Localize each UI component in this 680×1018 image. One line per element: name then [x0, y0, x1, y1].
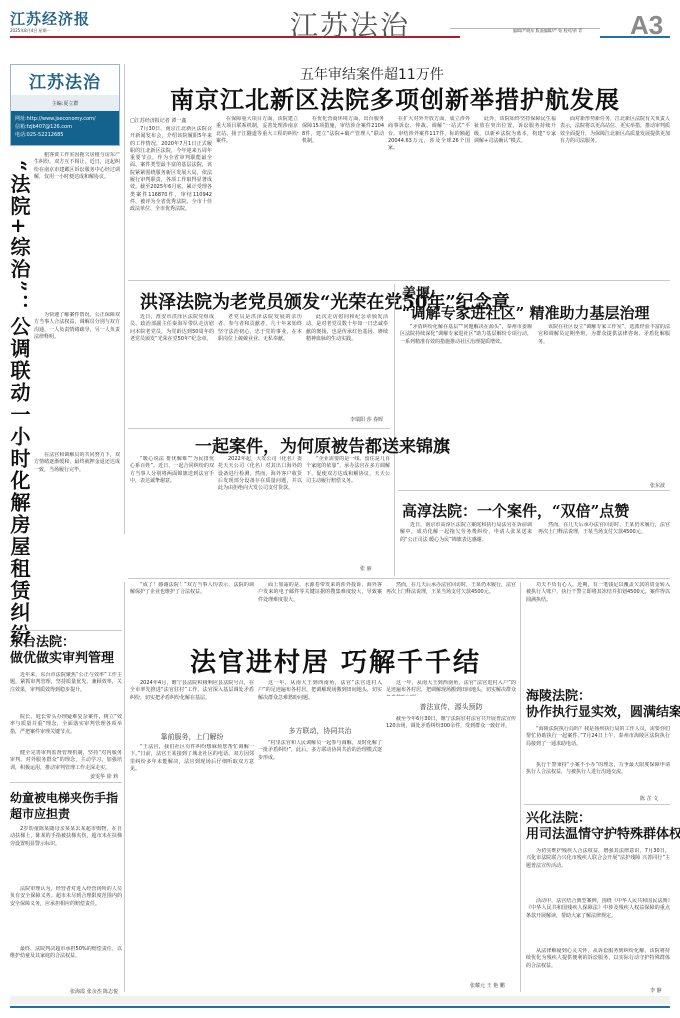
xinghua-paragraph: 活动中，法官结合典型案例，围绕《中华人民共和国民法典》《中华人民共和国残疾人保障… [526, 898, 670, 948]
dongtai-headline-2: 做优做实审判管理 [10, 652, 114, 667]
column-divider [124, 64, 125, 534]
village-section-head: 多方联动，协同共治 [258, 726, 382, 736]
column-brand: 江苏法治 [11, 65, 119, 95]
jiangyan-signoff: 张东波 [650, 482, 665, 489]
village-paragraph: 面上加霜的是，水源卷带发来的涉外投诉，海外客户发来的电子邮件等关键证据的搜集难度… [258, 582, 382, 638]
lead-paragraph: 此外，该院始终坚持保障民生福祉放在突出位置。诉讼服务持续升级，以新乡法院为蓝本，… [474, 116, 556, 276]
jinjiang-headline: 一起案件，为何原被告都送来锦旗 [195, 432, 450, 457]
hongze-paragraph: 老党员是洪泽法院发展的亲历者、参与者和贡献者，几十年来始终坚守法治初心，忠于党的… [218, 314, 302, 414]
elevator-paragraph: 2岁幼童陈某随母亲某某去某超市购物，在自动扶梯上，陈某的手指被扶梯夹伤，超市未在… [10, 826, 122, 886]
village-paragraph: 截至今年6月30日，睢宁法院驻村法官共开展普法宣传120余场，调处矛盾纠纷300… [386, 716, 516, 980]
chief-editor: 主编:夏立群 [11, 95, 119, 111]
xinghua-paragraph: 为切实维护残疾人合法权益，增强其法律意识，7月30日，兴化市法院联合兴化市残疾人… [526, 848, 670, 898]
village-paragraph: 这一年，从南大王到西南角，法官“法官进村入户”的足迹遍布各村居，把调解现场搬到田… [258, 680, 382, 720]
village-headline: 法官进村居 巧解千千结 [190, 642, 481, 679]
jinjiang-signoff: 张 丽 [360, 565, 372, 572]
column-divider [124, 582, 125, 992]
hailing-headline-1: 海陵法院： [526, 690, 591, 705]
editor-credits: 编辑/严晓东 版面编辑/严 姑 校对/余 青 [513, 28, 582, 34]
dongtai-signoff: 姜雯华 徐 莉 [90, 773, 118, 780]
elevator-paragraph: 法院审理认为，经营者对进入经营场所的人员负有安全保障义务。超市未尽到合理限度范围… [10, 886, 122, 946]
village-paragraph: “王法官，我们社区有件纠纷想麻烦您帮忙调解一下。”日前，法官王某接到了城北社区的… [130, 744, 254, 994]
village-section-head: 普法宣传，源头预防 [386, 702, 516, 712]
gaochun-continued: 功夫不负有心人，近期，有一笔钱足以覆盖欠款的资金转入被执行人账户，执行干警立即将… [526, 582, 670, 682]
hongze-paragraph: 此次走访慰问和纪念章颁发活动，是对老党员数十年如一日忠诚奉献的褒扬，也是传承红色… [306, 314, 388, 414]
issue-date: 2025年8月4日 星期一 [10, 28, 51, 34]
hailing-headline-2: 协作执行显实效，圆满结案护权益 [526, 706, 680, 721]
dongtai-paragraph: 健全完善审判监督管理机制，坚持“对内服务审判、对外服务群众”的理念，主动学习、加… [10, 750, 122, 772]
section-divider [128, 280, 670, 281]
lead-paragraph: 在扩大对外开放方面，成立涉外商事诉讼、仲裁、调解“一站式”平台，审结涉外案件11… [388, 116, 470, 276]
village-paragraph: “成了！感谢法院！”双方当事人均表示，法院的调解保护了企业也维护了合法权益。 [130, 582, 254, 638]
lead-paragraph: 7月30日，南京江北新区法院召开新闻发布会，介绍该院履职5年来的工作情况。202… [130, 126, 212, 276]
footer-band [10, 996, 670, 1004]
xinghua-headline-2: 用司法温情守护特殊群体权益 [526, 828, 680, 843]
dongtai-paragraph: 近年来，东台市法院聚焦“公正与效率”工作主题，紧抓审判管理，坚持质量优先、兼顾效… [10, 672, 122, 714]
lead-headline: 南京江北新区法院多项创新举措护航发展 [170, 80, 620, 115]
dongtai-headline-1: 东台法院： [10, 636, 75, 651]
hailing-paragraph: 执行干警秉持“小案不小办”的理念，力争最大限度保障申请执行人合法权益，与被执行人… [526, 762, 670, 792]
village-signoff: 张耀元 王 艳 鹏 [470, 982, 505, 989]
hailing-paragraph: “海陵法院执行局吗？我是扬州执行局的工作人员，需要你们帮忙协助执行一起案件。”7… [526, 726, 670, 762]
contact-info: 网址:http://www.jseconomy.com/ 信箱:fzjb407@… [11, 111, 119, 145]
section-divider [128, 578, 670, 579]
masthead: 江苏经济报 2025年8月4日 星期一 江苏法治 编辑/严晓东 版面编辑/严 姑… [0, 0, 680, 46]
elevator-headline-1: 幼童被电梯夹伤手指 [10, 792, 118, 806]
vertical-paragraph: 在法官和调解员的共同努力下，双方情绪逐渐缓和，最终就押金退还达成一致，当场履行完… [34, 452, 120, 562]
vertical-paragraph: 租客贾工作室因拖欠房租与房东产生纠纷，双方互不相让。近日，这起纠纷在南京市建邺区… [34, 152, 120, 312]
column-divider [394, 284, 395, 576]
section-divider [128, 428, 390, 429]
section-divider [10, 630, 122, 631]
jiangyan-paragraph: 该院在社区设立“调解专家工作室”，选派经验丰富的法官和调解员定期坐班，为群众提供… [538, 324, 670, 444]
gaochun-headline: 高淳法院：一个案件，“双倍”点赞 [402, 500, 629, 521]
xinghua-paragraph: 从法律解疑到心灵关怀，从诉讼服务到纠纷化解，该院将持续优化为残疾人提供便利的诉讼… [526, 948, 670, 986]
village-paragraph: 2024年4月，睢宁县法院积极响应县法院号召，在全市率先推进“法官驻村”工作，法… [130, 680, 254, 728]
hongze-signoff: 李瑞阳 莎 春晖 [350, 416, 383, 423]
section-divider [398, 490, 670, 491]
section-title: 江苏法治 [290, 4, 410, 44]
village-paragraph: “村里法官和人民调解员一起参与调解，及时化解了一批矛盾纠纷”，此后，多方联动协同… [258, 740, 382, 994]
vertical-headline: “法院+综治”：公调联动一小时化解房屋租赁纠纷 [8, 160, 30, 646]
section-divider [10, 782, 122, 783]
column-info-box: 江苏法治 主编:夏立群 网址:http://www.jseconomy.com/… [10, 64, 120, 146]
village-section-head: 靠前服务，上门解纷 [130, 732, 254, 742]
lead-paragraph: 面对新形势新任务，江北新区法院有关负责人表示，法院将以更高站位、更实举措，推动审… [560, 116, 670, 276]
gaochun-paragraph: 近日，南京市高淳区法院立案庭和执行局法官在诉前调解中，成功化解一起拖欠劳务费纠纷… [400, 522, 532, 574]
lead-paragraph: 在优化营商环境方面，出台服务保障15项措施，审结涉企案件21048件，建立“法院… [302, 116, 384, 276]
hailing-signoff: 陈 芷 文 [640, 795, 658, 802]
jiangyan-kicker: 姜堰： [402, 286, 444, 302]
jiangyan-headline: “调解专家进社区” 精准助力基层治理 [402, 302, 649, 323]
gaochun-paragraph: 然而，在几天后承办法官回访时，王某仍未履行，法官再次上门释法说理，王某当场支付欠… [538, 522, 670, 574]
xinghua-headline-1: 兴化法院： [526, 812, 591, 827]
elevator-paragraph: 最终，法院判决超市承担50%的赔偿责任，以维护幼童及其家庭的合法权益。 [10, 946, 122, 986]
jiangyan-paragraph: “矛盾纠纷化解在基层”“问题解决在源头”，泰州市姜堰区法院持续深化“调解专家进社… [400, 324, 532, 444]
column-divider [520, 582, 521, 992]
village-paragraph: 然而，在几天后承办法官回访时，王某仍未履行，法官再次上门释法说理，王某当场支付欠… [386, 582, 516, 638]
website-link[interactable]: 网址:http://www.jseconomy.com/ [15, 115, 115, 123]
jinjiang-paragraph: “企业需要的是一线、留住是几百个家庭的依靠”，承办法官在多方调解下，促使双方达成… [306, 456, 390, 566]
lead-paragraph: 在保障重大项目方面，该院建立重大项目联系机制，妥善处理涉南京北站、扬子江隧道等重… [216, 116, 298, 276]
jinjiang-paragraph: 2022年起，大发公司（化名）委托天天公司（化名）对其出口海外的设备进行检测。然… [218, 456, 302, 566]
phone-number: 电话:025-52212685 [15, 131, 115, 139]
paper-name: 江苏经济报 [10, 8, 90, 29]
xinghua-signoff: 李 静 [650, 987, 662, 994]
section-divider [524, 804, 670, 805]
jinjiang-paragraph: “暖心说法 排忧解难”“为民排忧 心系百姓”。近日，一起合同纠纷的双方当事人分别… [130, 456, 214, 566]
lead-byline: □江苏经济报记者 谭一鑫 [130, 117, 186, 124]
vertical-paragraph: 为快速了解案件情况，公正保障双方当事人合法权益，调解员分别与双方沟通，一人负责情… [34, 312, 120, 452]
email-link[interactable]: 信箱:fzjb407@126.com [15, 123, 115, 131]
village-paragraph: 这一年，从南大王到西南角，法官“法官进村入户”的足迹遍布各村居，把调解现场搬到田… [386, 680, 516, 696]
page-number: A3 [630, 10, 663, 41]
elevator-signoff: 张海霞 张余杰 陈志悦 [70, 988, 118, 995]
footer-rule [10, 1006, 670, 1008]
elevator-headline-2: 超市应担责 [10, 808, 70, 822]
hongze-paragraph: 近日，淮安市洪泽区法院党组成员、政治部副主任秦海军带队走访慰问本院老党员，为党龄… [130, 314, 214, 414]
dongtai-paragraph: 院长、庭长带头办理疑难复杂案件，树立“效率与质量并重”理念，全面落实审判管理各项… [10, 714, 122, 750]
